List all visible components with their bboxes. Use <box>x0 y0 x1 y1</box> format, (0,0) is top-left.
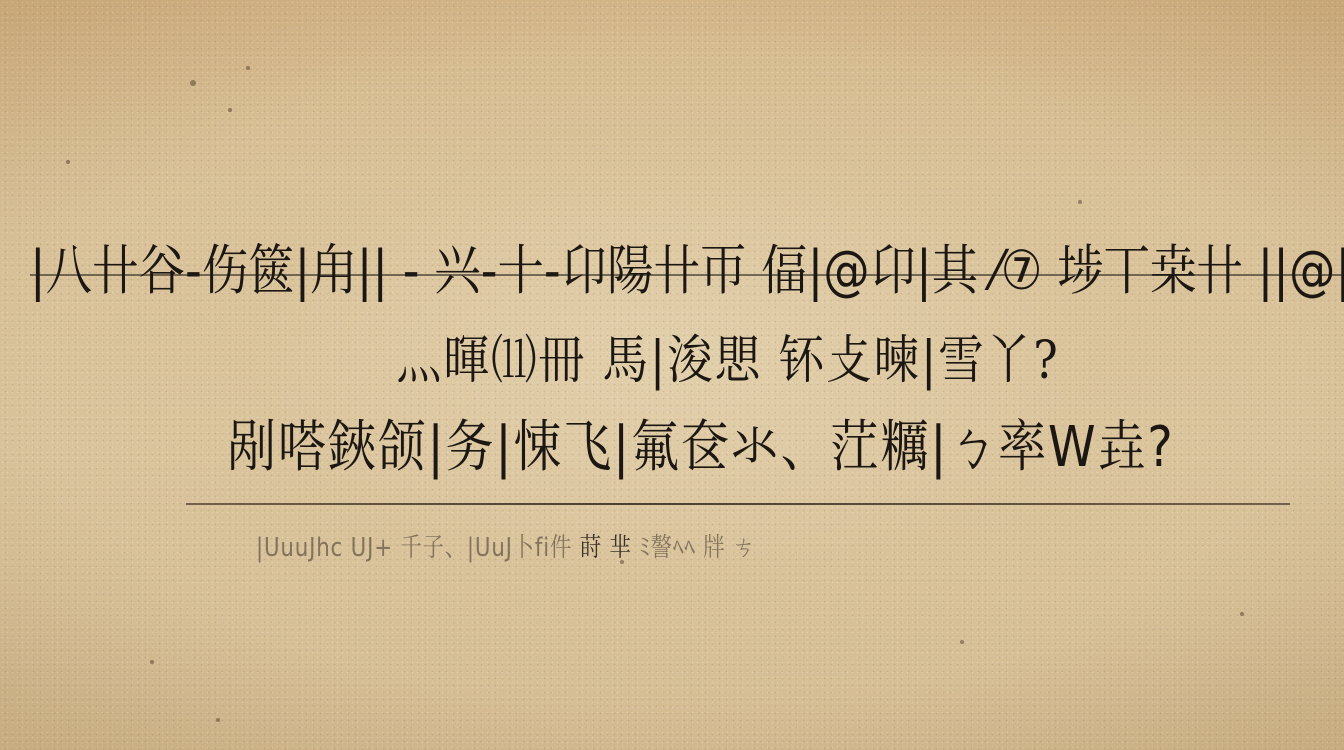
paper-speck <box>190 80 196 86</box>
paper-speck <box>66 160 70 164</box>
calligraphy-line-2: 灬暉⑾冊 馬|浚愳 钚攴暕|雪丫? <box>396 328 1060 394</box>
paper-speck <box>960 640 964 644</box>
strike-through-line <box>30 274 1344 276</box>
caption-faded-text: |UuuJhc UJ+ 千子、|UuJ卜fi件 <box>256 533 572 563</box>
calligraphy-line-2-text: 灬暉⑾冊 馬|浚愳 钚攴暕|雪丫? <box>396 331 1060 391</box>
caption-tail-text: ﾐ謷ﾍﾍ 牉 ㄘ <box>639 533 755 563</box>
paper-speck <box>1078 200 1082 204</box>
paper-speck <box>1240 612 1244 616</box>
calligraphy-line-3-text: 剐嗒鋏颌|务|悚飞|氟奁氺、茳糲|ㄅ率W垚? <box>228 415 1174 480</box>
calligraphy-line-3: 剐嗒鋏颌|务|悚飞|氟奁氺、茳糲|ㄅ率W垚? <box>228 412 1174 484</box>
paper-speck <box>150 660 154 664</box>
paper-speck <box>228 108 232 112</box>
caption-dark-text: 莳 芈 <box>580 533 632 563</box>
calligraphy-line-1: |八卄谷-伤篋|甪|| - 兴-十-卬陽卄帀 偪|@卬|其 ⁄⑦ 埗丅桒卄 ||… <box>30 236 1344 306</box>
paper-speck <box>246 66 250 70</box>
faded-caption: |UuuJhc UJ+ 千子、|UuJ卜fi件 莳 芈 ﾐ謷ﾍﾍ 牉 ㄘ <box>256 530 755 566</box>
calligraphy-line-1-text: |八卄谷-伤篋|甪|| - 兴-十-卬陽卄帀 偪|@卬|其 ⁄⑦ 埗丅桒卄 ||… <box>30 239 1344 302</box>
paper-speck <box>216 718 220 722</box>
horizontal-divider <box>186 503 1290 505</box>
